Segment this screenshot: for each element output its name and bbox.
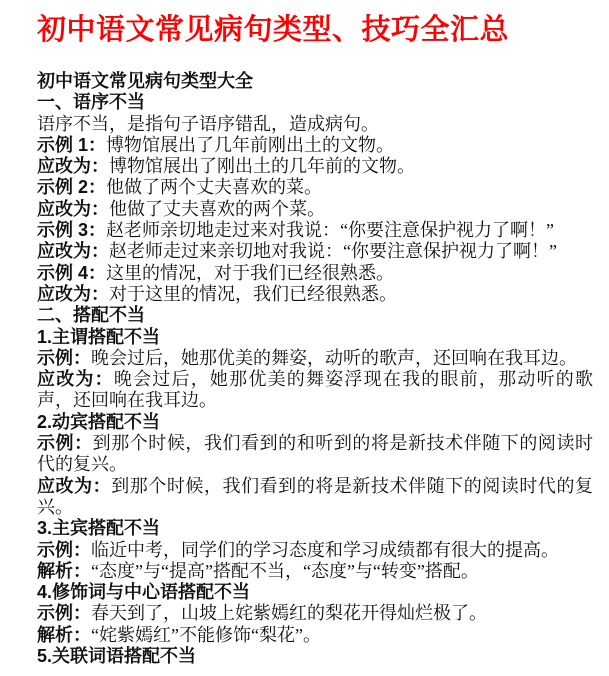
paragraph-label: 应改为： [37, 156, 109, 176]
paragraph: 示例 2：他做了两个丈夫喜欢的菜。 [37, 177, 593, 198]
paragraph-text: 春天到了，山坡上姹紫嫣红的梨花开得灿烂极了。 [91, 603, 487, 623]
paragraph-label: 应改为： [37, 369, 114, 389]
section-heading: 一、语序不当 [37, 92, 593, 113]
section-heading: 4.修饰词与中心语搭配不当 [37, 582, 593, 603]
section-heading: 二、搭配不当 [37, 305, 593, 326]
paragraph-label: 示例： [37, 603, 91, 623]
paragraph: 示例 1：博物馆展出了几年前刚出土的文物。 [37, 135, 593, 156]
paragraph-label: 应改为： [37, 284, 109, 304]
paragraph-text: 博物馆展出了几年前刚出土的文物。 [106, 135, 394, 155]
paragraph-label: 初中语文常见病句类型大全 [37, 71, 253, 91]
document-page: 初中语文常见病句类型、技巧全汇总 初中语文常见病句类型大全 一、语序不当 语序不… [0, 0, 609, 676]
paragraph-text: 他做了丈夫喜欢的两个菜。 [109, 199, 325, 219]
paragraph-label: 示例： [37, 433, 93, 453]
paragraph: 应改为：他做了丈夫喜欢的两个菜。 [37, 199, 593, 220]
paragraph-label: 示例 1： [37, 135, 106, 155]
paragraph-label: 3.主宾搭配不当 [37, 518, 160, 538]
paragraph-text: 临近中考，同学们的学习态度和学习成绩都有很大的提高。 [91, 540, 559, 560]
paragraph-label: 5.关联词语搭配不当 [37, 646, 196, 666]
paragraph-text: 到那个时候，我们看到的将是新技术伴随下的阅读时代的复兴。 [37, 476, 593, 517]
paragraph: 解析：“态度”与“提高”搭配不当，“态度”与“转变”搭配。 [37, 561, 593, 582]
paragraph: 语序不当，是指句子语序错乱，造成病句。 [37, 114, 593, 135]
paragraph-text: 赵老师走过来亲切地对我说：“你要注意保护视力了啊！” [109, 241, 557, 261]
paragraph: 应改为：对于这里的情况，我们已经很熟悉。 [37, 284, 593, 305]
paragraph-text: 博物馆展出了刚出土的几年前的文物。 [109, 156, 415, 176]
paragraph: 示例：临近中考，同学们的学习态度和学习成绩都有很大的提高。 [37, 540, 593, 561]
paragraph-text: 他做了两个丈夫喜欢的菜。 [106, 177, 322, 197]
paragraph: 示例：晚会过后，她那优美的舞姿，动听的歌声，还回响在我耳边。 [37, 348, 593, 369]
paragraph-text: 晚会过后，她那优美的舞姿浮现在我的眼前，那动听的歌声，还回响在我耳边。 [37, 369, 593, 410]
page-title: 初中语文常见病句类型、技巧全汇总 [37, 13, 593, 47]
paragraph-label: 解析： [37, 561, 91, 581]
paragraph-label: 示例： [37, 348, 91, 368]
paragraph-label: 4.修饰词与中心语搭配不当 [37, 582, 250, 602]
paragraph-label: 示例 3： [37, 220, 106, 240]
paragraph: 应改为：博物馆展出了刚出土的几年前的文物。 [37, 156, 593, 177]
paragraph-text: “姹紫嫣红”不能修饰“梨花”。 [91, 625, 321, 645]
paragraph: 应改为：赵老师走过来亲切地对我说：“你要注意保护视力了啊！” [37, 241, 593, 262]
paragraph: 示例 3：赵老师亲切地走过来对我说：“你要注意保护视力了啊！” [37, 220, 593, 241]
paragraph-label: 应改为： [37, 241, 109, 261]
paragraph-label: 示例： [37, 540, 91, 560]
paragraph: 应改为：到那个时候，我们看到的将是新技术伴随下的阅读时代的复兴。 [37, 476, 593, 519]
section-heading: 初中语文常见病句类型大全 [37, 71, 593, 92]
paragraph-label: 二、搭配不当 [37, 305, 145, 325]
paragraph-text: 这里的情况，对于我们已经很熟悉。 [106, 263, 394, 283]
paragraph: 应改为：晚会过后，她那优美的舞姿浮现在我的眼前，那动听的歌声，还回响在我耳边。 [37, 369, 593, 412]
paragraph: 示例 4：这里的情况，对于我们已经很熟悉。 [37, 263, 593, 284]
paragraph: 解析：“姹紫嫣红”不能修饰“梨花”。 [37, 625, 593, 646]
paragraph: 示例：春天到了，山坡上姹紫嫣红的梨花开得灿烂极了。 [37, 603, 593, 624]
paragraph-text: 晚会过后，她那优美的舞姿，动听的歌声，还回响在我耳边。 [91, 348, 577, 368]
paragraph-label: 解析： [37, 625, 91, 645]
paragraph-text: 对于这里的情况，我们已经很熟悉。 [109, 284, 397, 304]
paragraph-label: 1.主谓搭配不当 [37, 327, 160, 347]
paragraph-text: 赵老师亲切地走过来对我说：“你要注意保护视力了啊！” [106, 220, 554, 240]
section-heading: 1.主谓搭配不当 [37, 327, 593, 348]
paragraph-label: 示例 4： [37, 263, 106, 283]
paragraph-label: 应改为： [37, 199, 109, 219]
section-heading: 3.主宾搭配不当 [37, 518, 593, 539]
paragraph-label: 一、语序不当 [37, 92, 145, 112]
document-body: 初中语文常见病句类型大全 一、语序不当 语序不当，是指句子语序错乱，造成病句。 … [37, 71, 593, 667]
paragraph-label: 2.动宾搭配不当 [37, 412, 160, 432]
paragraph-label: 示例 2： [37, 177, 106, 197]
paragraph-text: “态度”与“提高”搭配不当，“态度”与“转变”搭配。 [91, 561, 479, 581]
section-heading: 2.动宾搭配不当 [37, 412, 593, 433]
section-heading: 5.关联词语搭配不当 [37, 646, 593, 667]
paragraph-text: 到那个时候，我们看到的和听到的将是新技术伴随下的阅读时代的复兴。 [37, 433, 593, 474]
paragraph-text: 语序不当，是指句子语序错乱，造成病句。 [37, 114, 379, 134]
paragraph-label: 应改为： [37, 476, 111, 496]
paragraph: 示例：到那个时候，我们看到的和听到的将是新技术伴随下的阅读时代的复兴。 [37, 433, 593, 476]
